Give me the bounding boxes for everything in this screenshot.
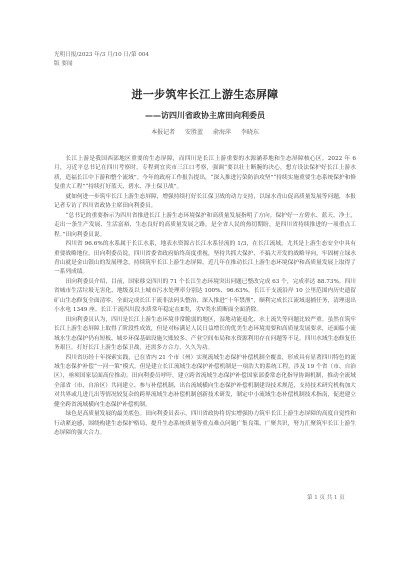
article-subtitle: ——访四川省政协主席田向利委员 xyxy=(0,110,410,121)
document-page: 光明日报/2023 年/3 月/10 日/第 004 版 要闻 进一步筑牢长江上… xyxy=(0,0,410,580)
paragraph: 绿色是高质量发展的最美底色。田向利委员表示，四川省政协将切实增强协力筑牢长江上游… xyxy=(54,410,356,438)
paragraph: 田向利委员认为，四川是长江上游生态环境非常脆弱的地区，湿地功能退化、水土流失等问… xyxy=(54,316,356,354)
paragraph: 田向利委员介绍，目前，国家移交四川的 71 个长江生态环境突出问题已整改完成 6… xyxy=(54,278,356,316)
paragraph: 长江上游是我国西部地区重要的生态屏障，而四川是长江上游重要的水源涵养地和生态屏障… xyxy=(54,155,356,193)
paragraph: 就如何进一步筑牢长江上游生态屏障，增强持续打好长江保卫战的动力支持，以绿水青山促… xyxy=(54,193,356,212)
page-number: 第 1 页 共 1 页 xyxy=(307,493,345,501)
paragraph: 四川省 96.6%的水系属于长江水系，地表水资源占长江水系径流的 1/3，在长江… xyxy=(54,240,356,278)
paragraph: “总书记的重要指示为四川省推进长江上游生态环境保护和高质量发展指明了方向。保护好… xyxy=(54,212,356,240)
paragraph: 四川省历经十年探索实践，已在省内 21 个市（州）实现流域生态保护补偿机制全覆盖… xyxy=(54,354,356,411)
source-info: 光明日报/2023 年/3 月/10 日/第 004 版 要闻 xyxy=(54,51,254,69)
byline-author: 俞海萍 xyxy=(213,129,231,136)
byline-author: 李晓东 xyxy=(241,129,259,136)
source-line-2: 版 要闻 xyxy=(54,60,254,69)
byline: 本报记者 安胜蓝 俞海萍 李晓东 xyxy=(0,127,410,136)
byline-author: 安胜蓝 xyxy=(185,129,203,136)
article-body: 长江上游是我国西部地区重要的生态屏障，而四川是长江上游重要的水源涵养地和生态屏障… xyxy=(54,155,356,439)
byline-label: 本报记者 xyxy=(151,129,175,136)
article-title: 进一步筑牢长江上游生态屏障 xyxy=(0,86,410,102)
source-line-1: 光明日报/2023 年/3 月/10 日/第 004 xyxy=(54,51,254,60)
